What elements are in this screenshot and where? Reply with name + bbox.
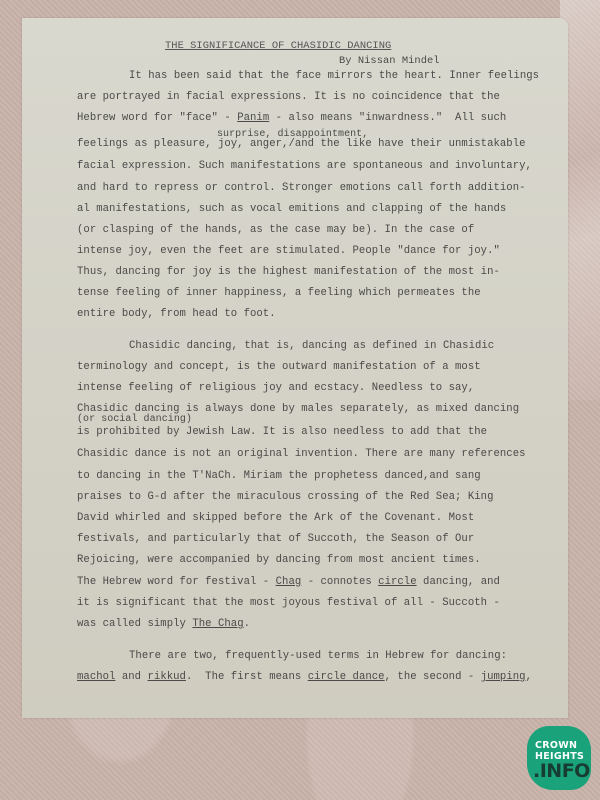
line-text: intense joy, even the feet are stimulate… — [77, 245, 500, 257]
line-text: facial expression. Such manifestations a… — [77, 160, 532, 172]
text-line: It has been said that the face mirrors t… — [77, 70, 539, 82]
text-line: intense joy, even the feet are stimulate… — [77, 245, 500, 257]
line-text: feelings as pleasure, joy, anger,/and th… — [77, 138, 526, 150]
line-text: festivals, and particularly that of Succ… — [77, 533, 474, 545]
line-text: tense feeling of inner happiness, a feel… — [77, 287, 481, 299]
text-line: and hard to repress or control. Stronger… — [77, 182, 526, 194]
text-line: machol and rikkud. The first means circl… — [77, 671, 532, 683]
text-line: it is significant that the most joyous f… — [77, 597, 500, 609]
line-text: . — [244, 618, 250, 630]
text-line: Chasidic dance is not an original invent… — [77, 448, 526, 460]
line-text: is prohibited by Jewish Law. It is also … — [77, 426, 487, 438]
underlined-term: circle dance — [308, 671, 385, 683]
line-text: (or social dancing) — [77, 414, 192, 425]
text-line: entire body, from head to foot. — [77, 308, 276, 320]
line-text: - also means "inwardness." All such — [269, 112, 506, 124]
line-text: to dancing in the T'NaCh. Miriam the pro… — [77, 470, 481, 482]
text-line: to dancing in the T'NaCh. Miriam the pro… — [77, 470, 481, 482]
text-line: intense feeling of religious joy and ecs… — [77, 382, 474, 394]
underlined-term: rikkud — [148, 671, 186, 683]
line-text: Chasidic dancing, that is, dancing as de… — [129, 340, 494, 352]
document-title: THE SIGNIFICANCE OF CHASIDIC DANCING — [165, 40, 391, 52]
text-line: (or clasping of the hands, as the case m… — [77, 224, 474, 236]
text-line: facial expression. Such manifestations a… — [77, 160, 532, 172]
text-line: terminology and concept, is the outward … — [77, 361, 481, 373]
text-line: tense feeling of inner happiness, a feel… — [77, 287, 481, 299]
underlined-term: The Chag — [192, 618, 243, 630]
text-line: Rejoicing, were accompanied by dancing f… — [77, 554, 481, 566]
text-line: is prohibited by Jewish Law. It is also … — [77, 426, 487, 438]
line-text: praises to G-d after the miraculous cros… — [77, 491, 493, 503]
line-text: Thus, dancing for joy is the highest man… — [77, 266, 500, 278]
text-line: was called simply The Chag. — [77, 618, 250, 630]
text-line: David whirled and skipped before the Ark… — [77, 512, 474, 524]
line-text: and hard to repress or control. Stronger… — [77, 182, 526, 194]
line-text: (or clasping of the hands, as the case m… — [77, 224, 474, 236]
handwritten-insertion: (or social dancing) — [77, 414, 192, 425]
logo-line-3: .INFO — [533, 760, 590, 782]
line-text: dancing, and — [417, 576, 500, 588]
underlined-term: Chag — [276, 576, 302, 588]
line-text: Rejoicing, were accompanied by dancing f… — [77, 554, 481, 566]
line-text: it is significant that the most joyous f… — [77, 597, 500, 609]
text-line: feelings as pleasure, joy, anger,/and th… — [77, 138, 526, 150]
text-line: There are two, frequently-used terms in … — [77, 650, 507, 662]
text-line: festivals, and particularly that of Succ… — [77, 533, 474, 545]
line-text: are portrayed in facial expressions. It … — [77, 91, 500, 103]
text-line: are portrayed in facial expressions. It … — [77, 91, 500, 103]
underlined-term: jumping — [481, 671, 526, 683]
line-text: entire body, from head to foot. — [77, 308, 276, 320]
text-line: praises to G-d after the miraculous cros… — [77, 491, 493, 503]
line-text: It has been said that the face mirrors t… — [129, 70, 539, 82]
document-byline: By Nissan Mindel — [339, 55, 440, 67]
underlined-term: Panim — [237, 112, 269, 124]
line-text: - connotes — [301, 576, 378, 588]
line-text: There are two, frequently-used terms in … — [129, 650, 507, 662]
line-text: Hebrew word for "face" - — [77, 112, 237, 124]
logo-line-1: CROWN — [535, 740, 577, 751]
line-text: and — [115, 671, 147, 683]
text-line: al manifestations, such as vocal emition… — [77, 203, 506, 215]
line-text: David whirled and skipped before the Ark… — [77, 512, 474, 524]
line-text: intense feeling of religious joy and ecs… — [77, 382, 474, 394]
line-text: , the second - — [385, 671, 481, 683]
line-text: , — [526, 671, 532, 683]
text-line: The Hebrew word for festival - Chag - co… — [77, 576, 500, 588]
line-text: Chasidic dance is not an original invent… — [77, 448, 526, 460]
line-text: was called simply — [77, 618, 192, 630]
text-line: Hebrew word for "face" - Panim - also me… — [77, 112, 506, 124]
line-text: . The first means — [186, 671, 308, 683]
text-line: Thus, dancing for joy is the highest man… — [77, 266, 500, 278]
line-text: terminology and concept, is the outward … — [77, 361, 481, 373]
underlined-term: circle — [378, 576, 416, 588]
underlined-term: machol — [77, 671, 115, 683]
line-text: al manifestations, such as vocal emition… — [77, 203, 506, 215]
crownheights-info-logo: CROWN HEIGHTS .INFO — [527, 726, 591, 790]
line-text: The Hebrew word for festival - — [77, 576, 276, 588]
text-line: Chasidic dancing, that is, dancing as de… — [77, 340, 494, 352]
